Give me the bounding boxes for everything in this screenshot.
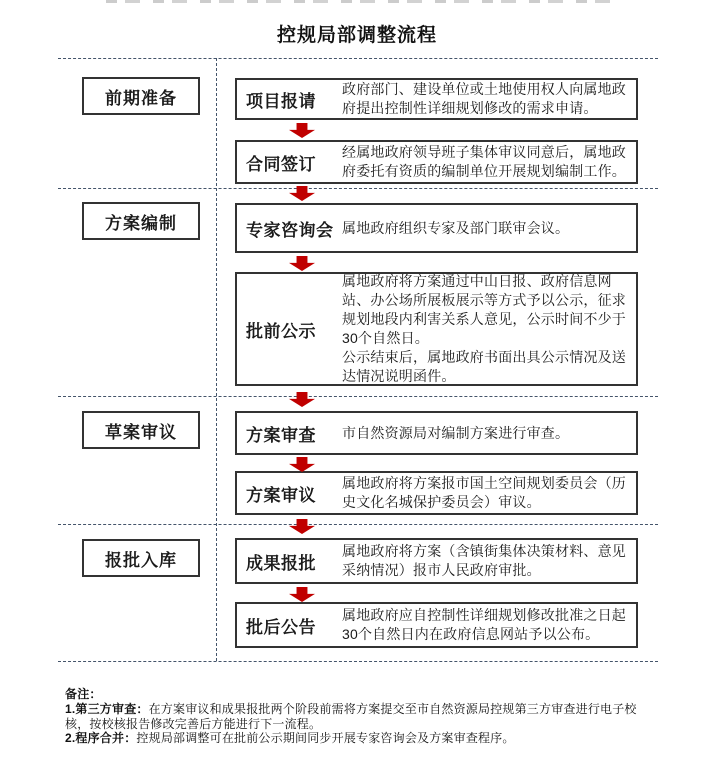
- step-description: 经属地政府领导班子集体审议同意后，属地政府委托有资质的编制单位开展规划编制工作。: [342, 143, 636, 181]
- section-divider-line: [58, 58, 658, 59]
- phase-label: 前期准备: [105, 84, 177, 109]
- note-lead: 2.程序合并：: [65, 731, 136, 745]
- phase-box-scheme-drafting: 方案编制: [82, 202, 200, 240]
- step-description: 属地政府将方案通过中山日报、政府信息网站、办公场所展板展示等方式予以公示，征求规…: [342, 272, 636, 386]
- phase-box-draft-review: 草案审议: [82, 411, 200, 449]
- phase-label: 方案编制: [105, 209, 177, 234]
- step-box-pre-approval-publicity: 批前公示 属地政府将方案通过中山日报、政府信息网站、办公场所展板展示等方式予以公…: [235, 272, 638, 386]
- page-title: 控规局部调整流程: [0, 20, 714, 47]
- step-description: 属地政府组织专家及部门联审会议。: [342, 219, 636, 238]
- step-box-contract-signing: 合同签订 经属地政府领导班子集体审议同意后，属地政府委托有资质的编制单位开展规划…: [235, 140, 638, 184]
- step-label: 合同签订: [237, 150, 342, 175]
- step-description: 属地政府应自控制性详细规划修改批准之日起30个自然日内在政府信息网站予以公布。: [342, 606, 636, 644]
- note-text: 控规局部调整可在批前公示期间同步开展专家咨询会及方案审查程序。: [136, 731, 514, 745]
- step-label: 方案审议: [237, 481, 342, 506]
- step-label: 项目报请: [237, 87, 342, 112]
- down-arrow-icon: [289, 123, 315, 138]
- phase-label: 报批入库: [105, 546, 177, 571]
- step-label: 批后公告: [237, 613, 342, 638]
- step-description: 市自然资源局对编制方案进行审查。: [342, 424, 636, 443]
- phase-label: 草案审议: [105, 418, 177, 443]
- step-description: 属地政府将方案（含镇街集体决策材料、意见采纳情况）报市人民政府审批。: [342, 542, 636, 580]
- step-box-scheme-examination: 方案审查 市自然资源局对编制方案进行审查。: [235, 411, 638, 455]
- note-text: 在方案审议和成果报批两个阶段前需将方案提交至市自然资源局控规第三方审查进行电子校…: [65, 702, 637, 731]
- notes-heading: 备注：: [65, 687, 647, 702]
- section-divider-line: [58, 661, 658, 662]
- step-description-paragraph: 公示结束后，属地政府书面出具公示情况及送达情况说明函件。: [342, 348, 630, 386]
- section-divider-line: [58, 396, 658, 397]
- note-item: 1.第三方审查：在方案审议和成果报批两个阶段前需将方案提交至市自然资源局控规第三…: [65, 702, 647, 732]
- step-box-post-approval-announcement: 批后公告 属地政府应自控制性详细规划修改批准之日起30个自然日内在政府信息网站予…: [235, 602, 638, 648]
- cropped-text-artifact: [106, 0, 622, 3]
- step-label: 专家咨询会: [237, 216, 342, 241]
- step-label: 成果报批: [237, 549, 342, 574]
- note-lead: 1.第三方审查：: [65, 702, 149, 716]
- down-arrow-icon: [289, 457, 315, 472]
- phase-box-preparation: 前期准备: [82, 77, 200, 115]
- column-divider-line: [216, 58, 217, 661]
- section-divider-line: [58, 188, 658, 189]
- note-item: 2.程序合并：控规局部调整可在批前公示期间同步开展专家咨询会及方案审查程序。: [65, 731, 647, 746]
- step-description-paragraph: 属地政府将方案通过中山日报、政府信息网站、办公场所展板展示等方式予以公示，征求规…: [342, 272, 630, 348]
- step-box-scheme-deliberation: 方案审议 属地政府将方案报市国土空间规划委员会（历史文化名城保护委员会）审议。: [235, 471, 638, 515]
- step-box-expert-consultation: 专家咨询会 属地政府组织专家及部门联审会议。: [235, 203, 638, 253]
- down-arrow-icon: [289, 256, 315, 271]
- step-label: 方案审查: [237, 421, 342, 446]
- step-description: 政府部门、建设单位或土地使用权人向属地政府提出控制性详细规划修改的需求申请。: [342, 80, 636, 118]
- section-divider-line: [58, 524, 658, 525]
- down-arrow-icon: [289, 519, 315, 534]
- step-label: 批前公示: [237, 317, 342, 342]
- down-arrow-icon: [289, 392, 315, 407]
- down-arrow-icon: [289, 587, 315, 602]
- step-description: 属地政府将方案报市国土空间规划委员会（历史文化名城保护委员会）审议。: [342, 474, 636, 512]
- footer-notes: 备注： 1.第三方审查：在方案审议和成果报批两个阶段前需将方案提交至市自然资源局…: [65, 687, 647, 746]
- step-box-project-request: 项目报请 政府部门、建设单位或土地使用权人向属地政府提出控制性详细规划修改的需求…: [235, 78, 638, 120]
- step-box-result-submission: 成果报批 属地政府将方案（含镇街集体决策材料、意见采纳情况）报市人民政府审批。: [235, 538, 638, 584]
- flowchart-page: 控规局部调整流程 前期准备 方案编制 草案审议 报批入库 项目报请 政府部门、建…: [0, 0, 714, 773]
- phase-box-approval-filing: 报批入库: [82, 539, 200, 577]
